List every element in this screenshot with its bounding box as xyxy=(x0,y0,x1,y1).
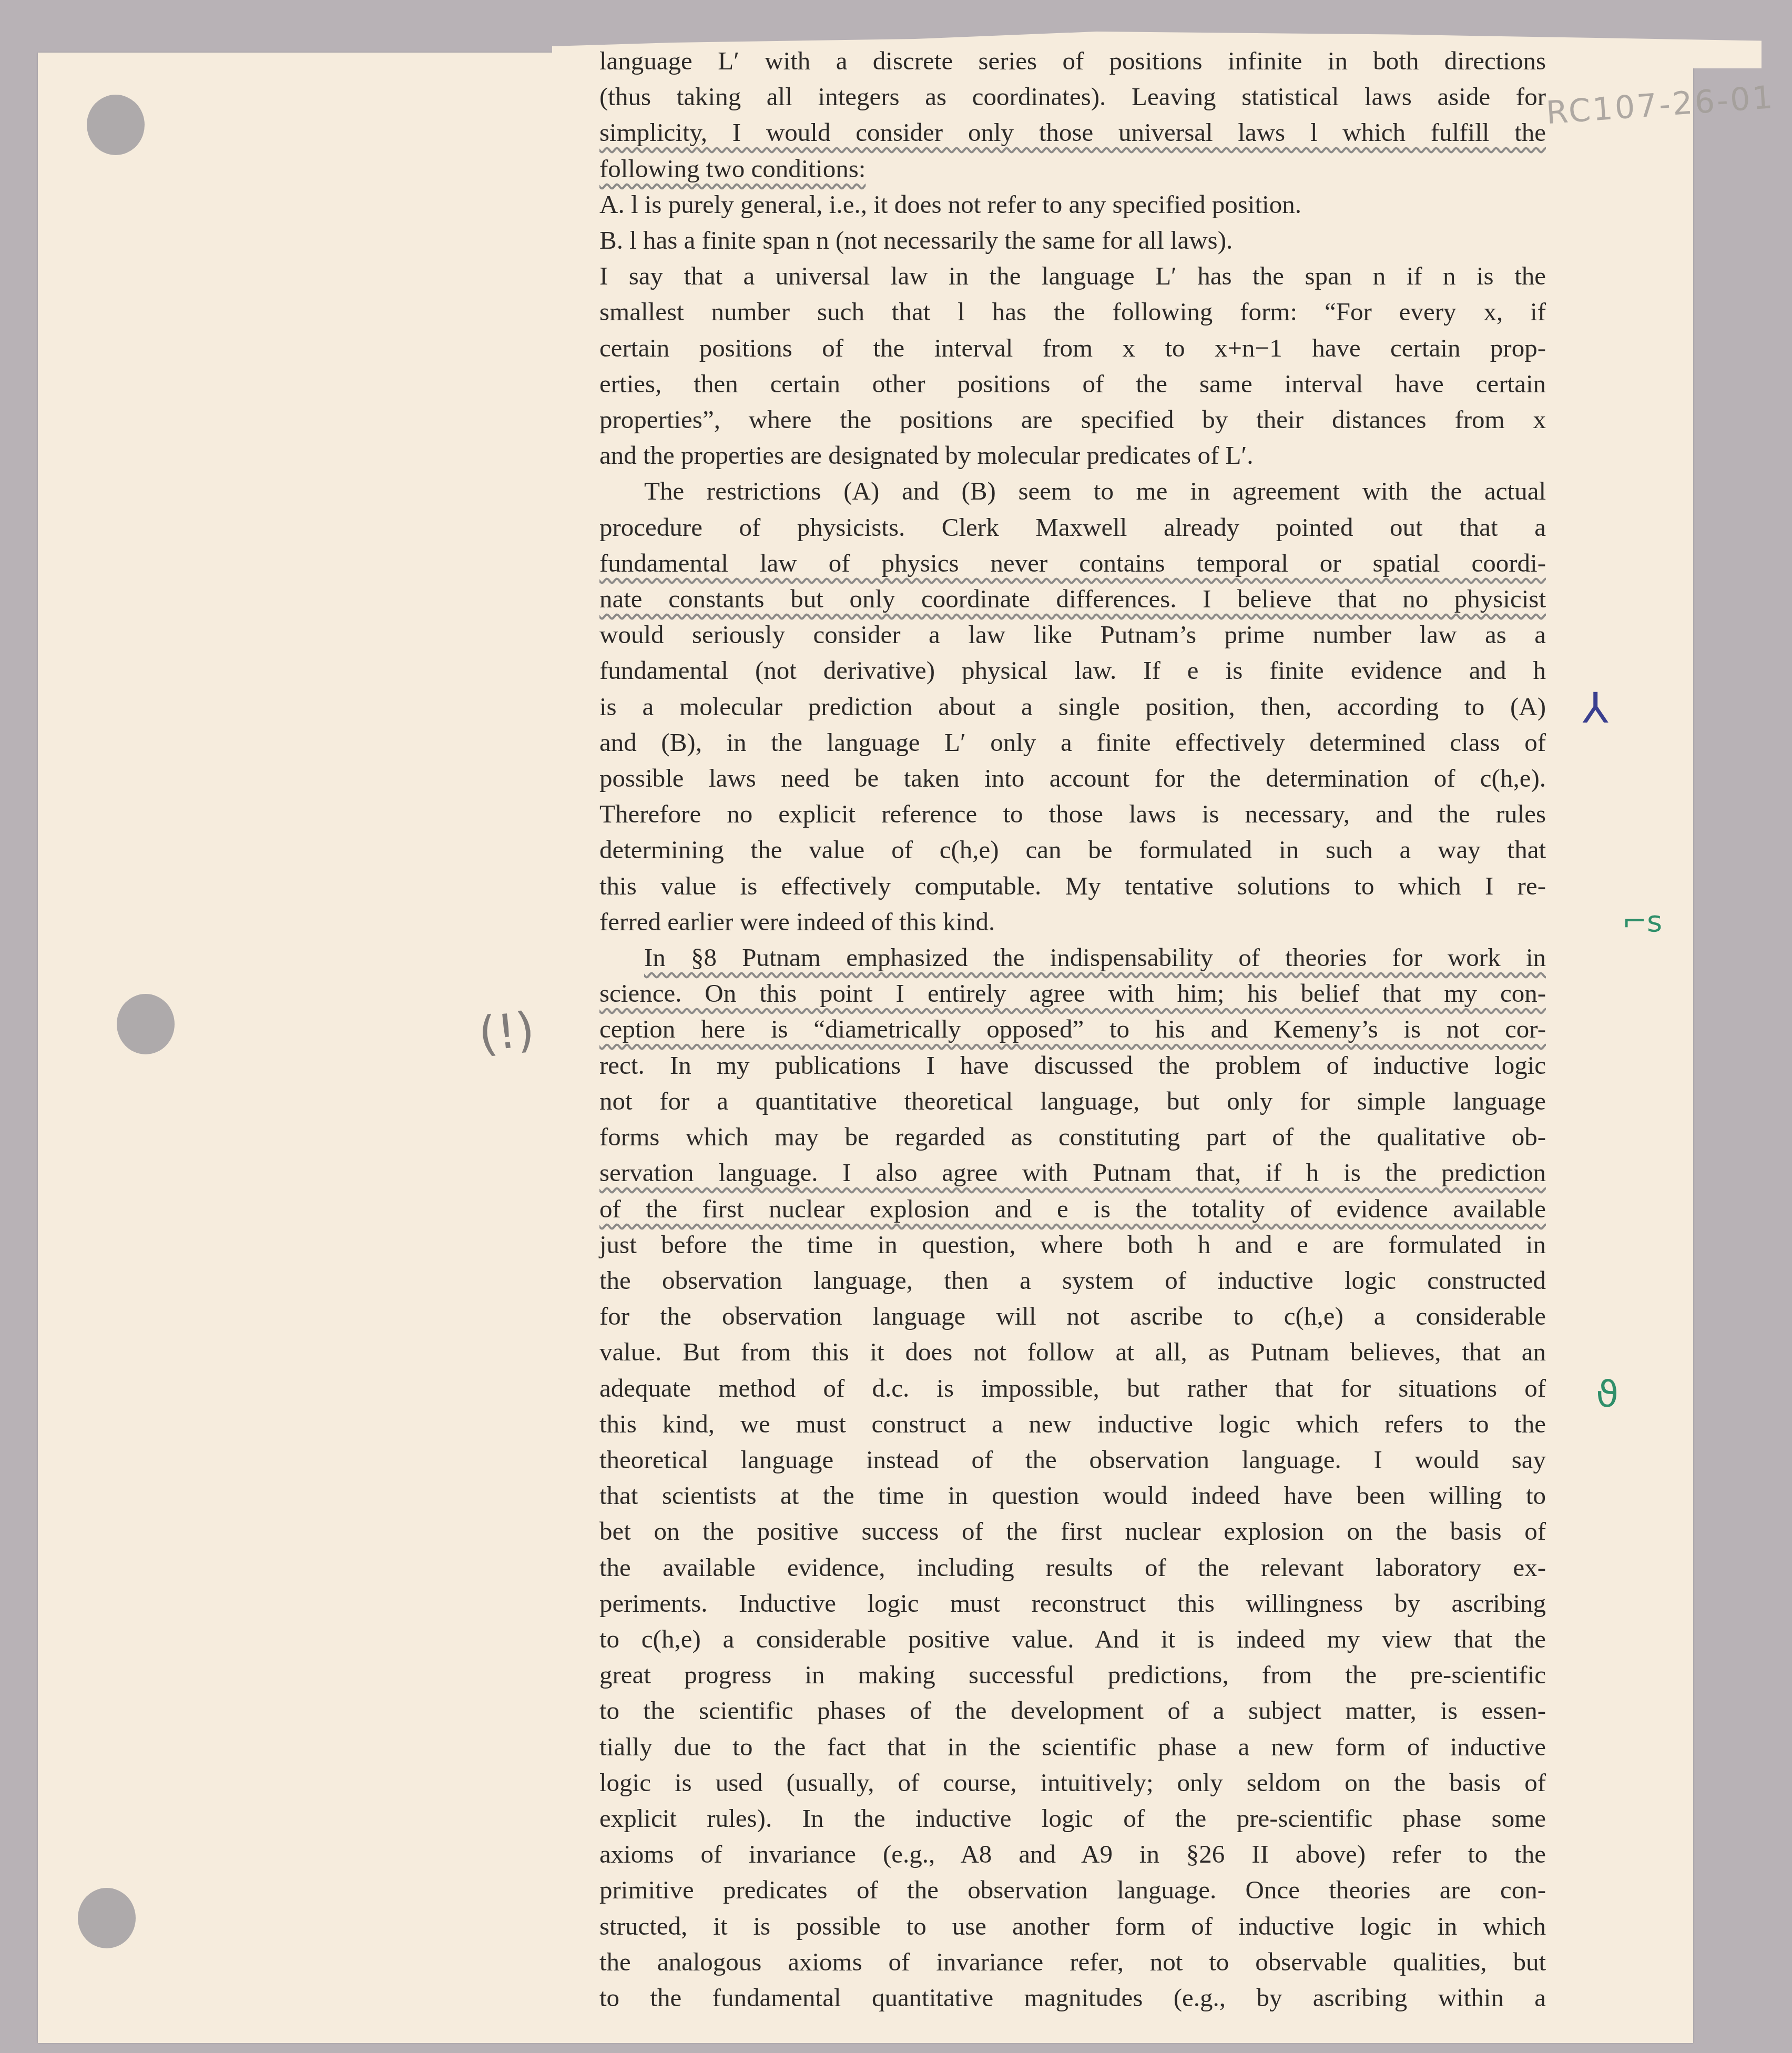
text-line: to the fundamental quantitative magnitud… xyxy=(599,1980,1546,2016)
blue-insert-caret-annotation: ⅄ xyxy=(1583,684,1608,733)
paragraph-start: In §8 Putnam emphasized the indispensabi… xyxy=(599,940,1546,975)
text-line: forms which may be regarded as constitut… xyxy=(599,1119,1546,1155)
text-line: and the properties are designated by mol… xyxy=(599,438,1546,473)
condition-a: A. l is purely general, i.e., it does no… xyxy=(599,187,1546,222)
text-line-underlined: of the first nuclear explosion and e is … xyxy=(599,1191,1546,1227)
text-line: is a molecular prediction about a single… xyxy=(599,689,1546,725)
text-line: and (B), in the language L′ only a finit… xyxy=(599,725,1546,760)
body-text: language L′ with a discrete series of po… xyxy=(599,43,1546,2016)
text-line: tially due to the fact that in the scien… xyxy=(599,1729,1546,1765)
text-line: that scientists at the time in question … xyxy=(599,1478,1546,1513)
text-line: adequate method of d.c. is impossible, b… xyxy=(599,1370,1546,1406)
text-line: Therefore no explicit reference to those… xyxy=(599,796,1546,832)
text-line: possible laws need be taken into account… xyxy=(599,760,1546,796)
text-line: properties”, where the positions are spe… xyxy=(599,402,1546,438)
text-line: to c(h,e) a considerable positive value.… xyxy=(599,1621,1546,1657)
text-line: explicit rules). In the inductive logic … xyxy=(599,1801,1546,1836)
text-line-underlined: science. On this point I entirely agree … xyxy=(599,975,1546,1011)
text-line: the observation language, then a system … xyxy=(599,1263,1546,1298)
text-line: procedure of physicists. Clerk Maxwell a… xyxy=(599,510,1546,545)
text-line: theoretical language instead of the obse… xyxy=(599,1442,1546,1478)
text-line: value. But from this it does not follow … xyxy=(599,1334,1546,1370)
text-line-underlined: nate constants but only coordinate diffe… xyxy=(599,581,1546,617)
text-line: language L′ with a discrete series of po… xyxy=(599,43,1546,79)
text-line: the available evidence, including result… xyxy=(599,1550,1546,1586)
text-line: periments. Inductive logic must reconstr… xyxy=(599,1586,1546,1621)
text-line: just before the time in question, where … xyxy=(599,1227,1546,1263)
text-line: axioms of invariance (e.g., A8 and A9 in… xyxy=(599,1836,1546,1872)
text-line-underlined: following two conditions: xyxy=(599,151,1546,187)
text-line: not for a quantitative theoretical langu… xyxy=(599,1083,1546,1119)
text-line: the analogous axioms of invariance refer… xyxy=(599,1944,1546,1980)
text-line: rect. In my publications I have discusse… xyxy=(599,1048,1546,1083)
paragraph-start: The restrictions (A) and (B) seem to me … xyxy=(599,473,1546,509)
text-line: would seriously consider a law like Putn… xyxy=(599,617,1546,653)
text-line: erties, then certain other positions of … xyxy=(599,366,1546,402)
text-line: to the scientific phases of the developm… xyxy=(599,1693,1546,1729)
pencil-exclamation-annotation: (!) xyxy=(476,1002,537,1063)
condition-b: B. l has a finite span n (not necessaril… xyxy=(599,222,1546,258)
text-line-underlined: servation language. I also agree with Pu… xyxy=(599,1155,1546,1191)
green-margin-annotation: ⌐s xyxy=(1622,904,1662,939)
text-line: fundamental (not derivative) physical la… xyxy=(599,653,1546,688)
text-line-underlined: fundamental law of physics never contain… xyxy=(599,545,1546,581)
text-line-underlined: simplicity, I would consider only those … xyxy=(599,115,1546,150)
punch-hole-bottom xyxy=(78,1888,136,1948)
text-line: I say that a universal law in the langua… xyxy=(599,258,1546,294)
text-line: primitive predicates of the observation … xyxy=(599,1872,1546,1908)
text-line-underlined: ception here is “diametrically opposed” … xyxy=(599,1011,1546,1047)
text-line: structed, it is possible to use another … xyxy=(599,1908,1546,1944)
text-line: certain positions of the interval from x… xyxy=(599,330,1546,366)
text-line: logic is used (usually, of course, intui… xyxy=(599,1765,1546,1801)
text-line: great progress in making successful pred… xyxy=(599,1657,1546,1693)
text-line: ferred earlier were indeed of this kind. xyxy=(599,904,1546,940)
text-line: bet on the positive success of the first… xyxy=(599,1513,1546,1549)
punch-hole-middle xyxy=(117,994,175,1054)
punch-hole-top xyxy=(87,95,145,155)
text-line: smallest number such that l has the foll… xyxy=(599,294,1546,330)
green-margin-annotation: ϑ xyxy=(1596,1373,1618,1416)
text-line: for the observation language will not as… xyxy=(599,1298,1546,1334)
text-line: (thus taking all integers as coordinates… xyxy=(599,79,1546,115)
text-line: this value is effectively computable. My… xyxy=(599,868,1546,904)
text-line: this kind, we must construct a new induc… xyxy=(599,1406,1546,1442)
text-line: determining the value of c(h,e) can be f… xyxy=(599,832,1546,868)
